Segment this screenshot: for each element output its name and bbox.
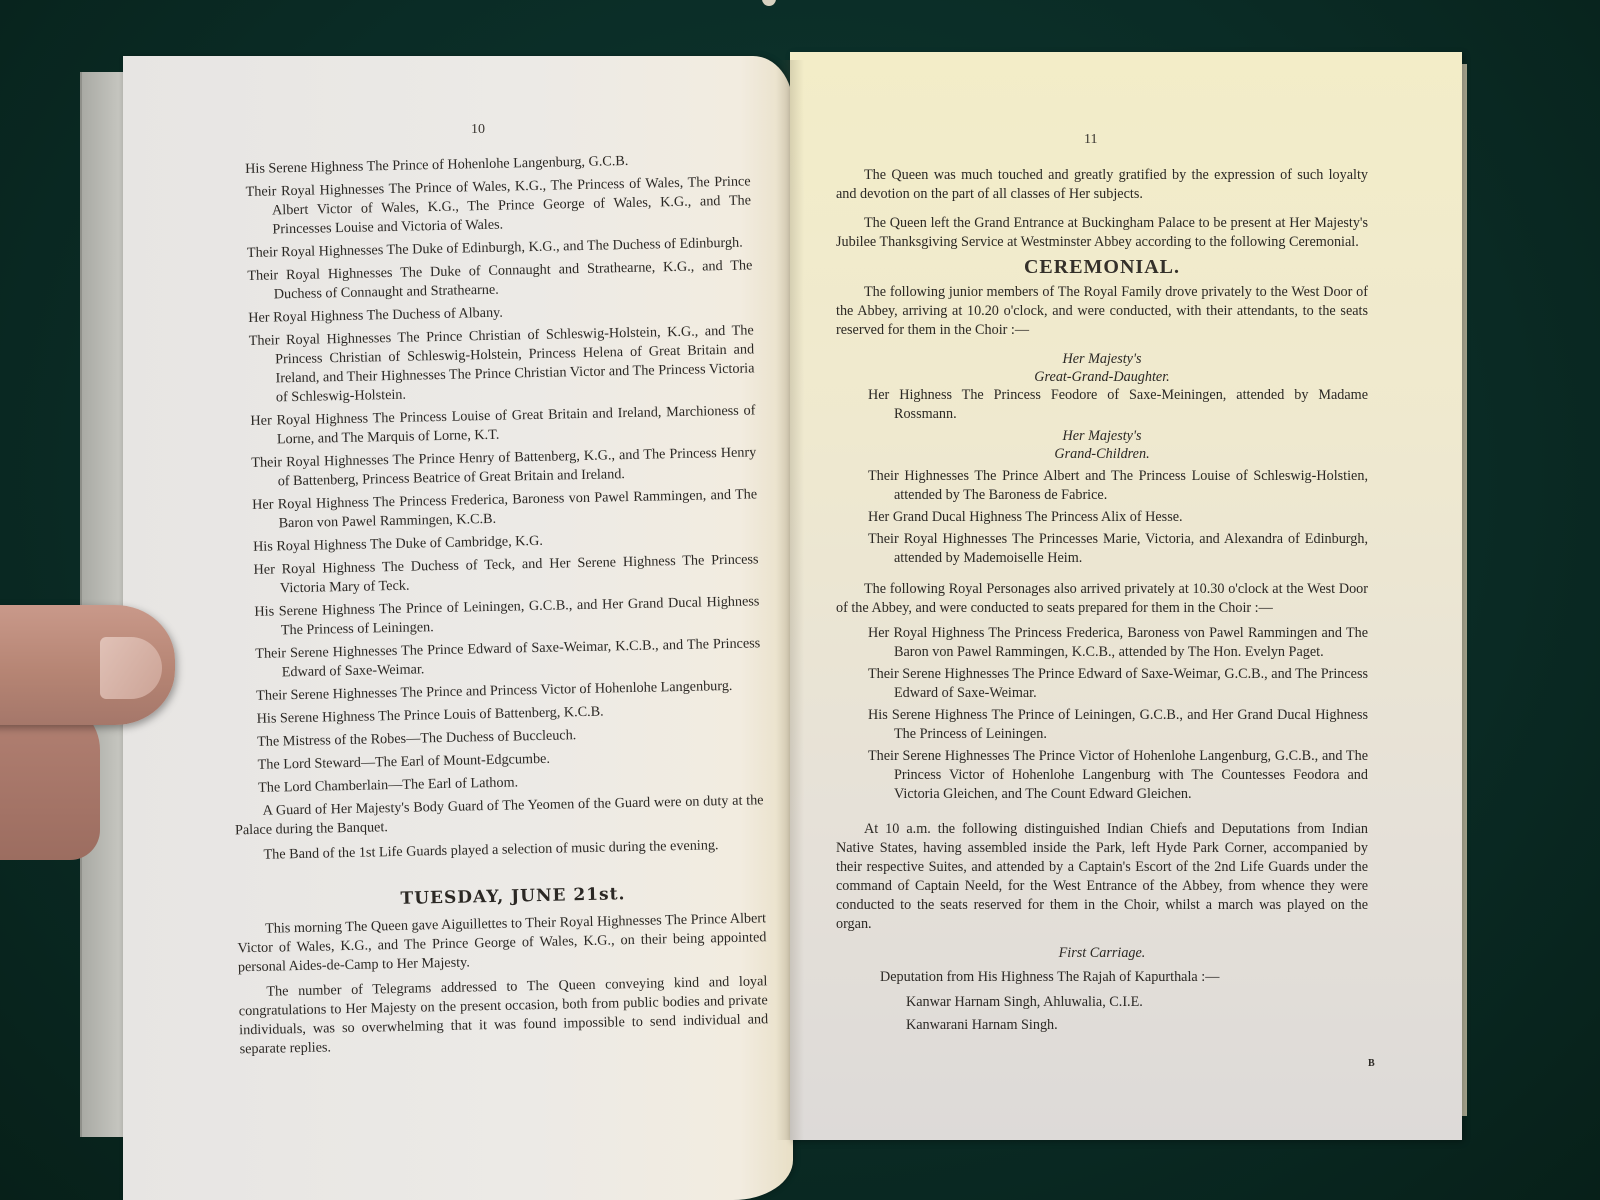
deputation-member: Kanwar Harnam Singh, Ahluwalia, C.I.E. <box>836 993 1368 1012</box>
royal-personages-paragraph: The following Royal Personages also arri… <box>836 580 1368 618</box>
guard-paragraph: A Guard of Her Majesty's Body Guard of T… <box>234 791 764 840</box>
attendee-entry: Her Highness The Princess Feodore of Sax… <box>836 386 1368 424</box>
attendee-entry: His Serene Highness The Prince of Leinin… <box>836 706 1368 744</box>
attendee-entry: Their Serene Highnesses The Prince Edwar… <box>836 665 1368 703</box>
grand-entrance-paragraph: The Queen left the Grand Entrance at Buc… <box>836 214 1368 252</box>
attendee-entry: Her Grand Ducal Highness The Princess Al… <box>836 508 1368 527</box>
queen-touched-paragraph: The Queen was much touched and greatly g… <box>836 166 1368 204</box>
guest-entry: Their Royal Highnesses The Prince Christ… <box>249 321 755 408</box>
left-page: 10 His Serene Highness The Prince of Hoh… <box>123 56 793 1200</box>
guest-entry: Their Royal Highnesses The Prince Henry … <box>251 443 757 492</box>
deputation-line: Deputation from His Highness The Rajah o… <box>880 968 1368 987</box>
page-number-left: 10 <box>471 122 485 138</box>
junior-members-paragraph: The following junior members of The Roya… <box>836 283 1368 340</box>
indian-chiefs-paragraph: At 10 a.m. the following distinguished I… <box>836 820 1368 934</box>
section-heading: TUESDAY, JUNE 21st. <box>260 882 765 912</box>
page-number-right: 11 <box>1084 132 1097 148</box>
carriage-label: First Carriage. <box>836 944 1368 962</box>
aiguillettes-paragraph: This morning The Queen gave Aiguillettes… <box>237 909 767 977</box>
guest-entry: Her Royal Highness The Princess Frederic… <box>252 485 758 534</box>
guest-entry: Their Royal Highnesses The Prince of Wal… <box>245 172 751 240</box>
right-page: 11 The Queen was much touched and greatl… <box>790 52 1462 1140</box>
telegrams-paragraph: The number of Telegrams addressed to The… <box>238 972 768 1059</box>
left-page-body: His Serene Highness The Prince of Hohenl… <box>245 149 769 1064</box>
group-label: Her Majesty's <box>836 427 1368 445</box>
guest-entry: His Serene Highness The Prince of Leinin… <box>254 592 760 641</box>
group-label: Grand-Children. <box>836 445 1368 463</box>
thumbnail <box>100 637 162 699</box>
guest-entry: Their Royal Highnesses The Duke of Conna… <box>247 256 753 305</box>
signature-mark: B <box>1368 1058 1375 1069</box>
group-label: Her Majesty's <box>836 350 1368 368</box>
guest-entry: Their Serene Highnesses The Prince Edwar… <box>255 634 761 683</box>
attendee-entry: Their Highnesses The Prince Albert and T… <box>836 467 1368 505</box>
band-paragraph: The Band of the 1st Life Guards played a… <box>235 835 764 865</box>
background-object <box>762 0 776 6</box>
guest-entry: Her Royal Highness The Duchess of Teck, … <box>253 550 759 599</box>
ceremonial-heading: CEREMONIAL. <box>836 258 1368 277</box>
group-label: Great-Grand-Daughter. <box>836 368 1368 386</box>
attendee-entry: Her Royal Highness The Princess Frederic… <box>836 624 1368 662</box>
attendee-entry: Their Serene Highnesses The Prince Victo… <box>836 747 1368 804</box>
guest-entry: Her Royal Highness The Princess Louise o… <box>250 401 756 450</box>
right-page-body: The Queen was much touched and greatly g… <box>836 166 1368 1039</box>
attendee-entry: Their Royal Highnesses The Princesses Ma… <box>836 530 1368 568</box>
deputation-member: Kanwarani Harnam Singh. <box>836 1016 1368 1035</box>
